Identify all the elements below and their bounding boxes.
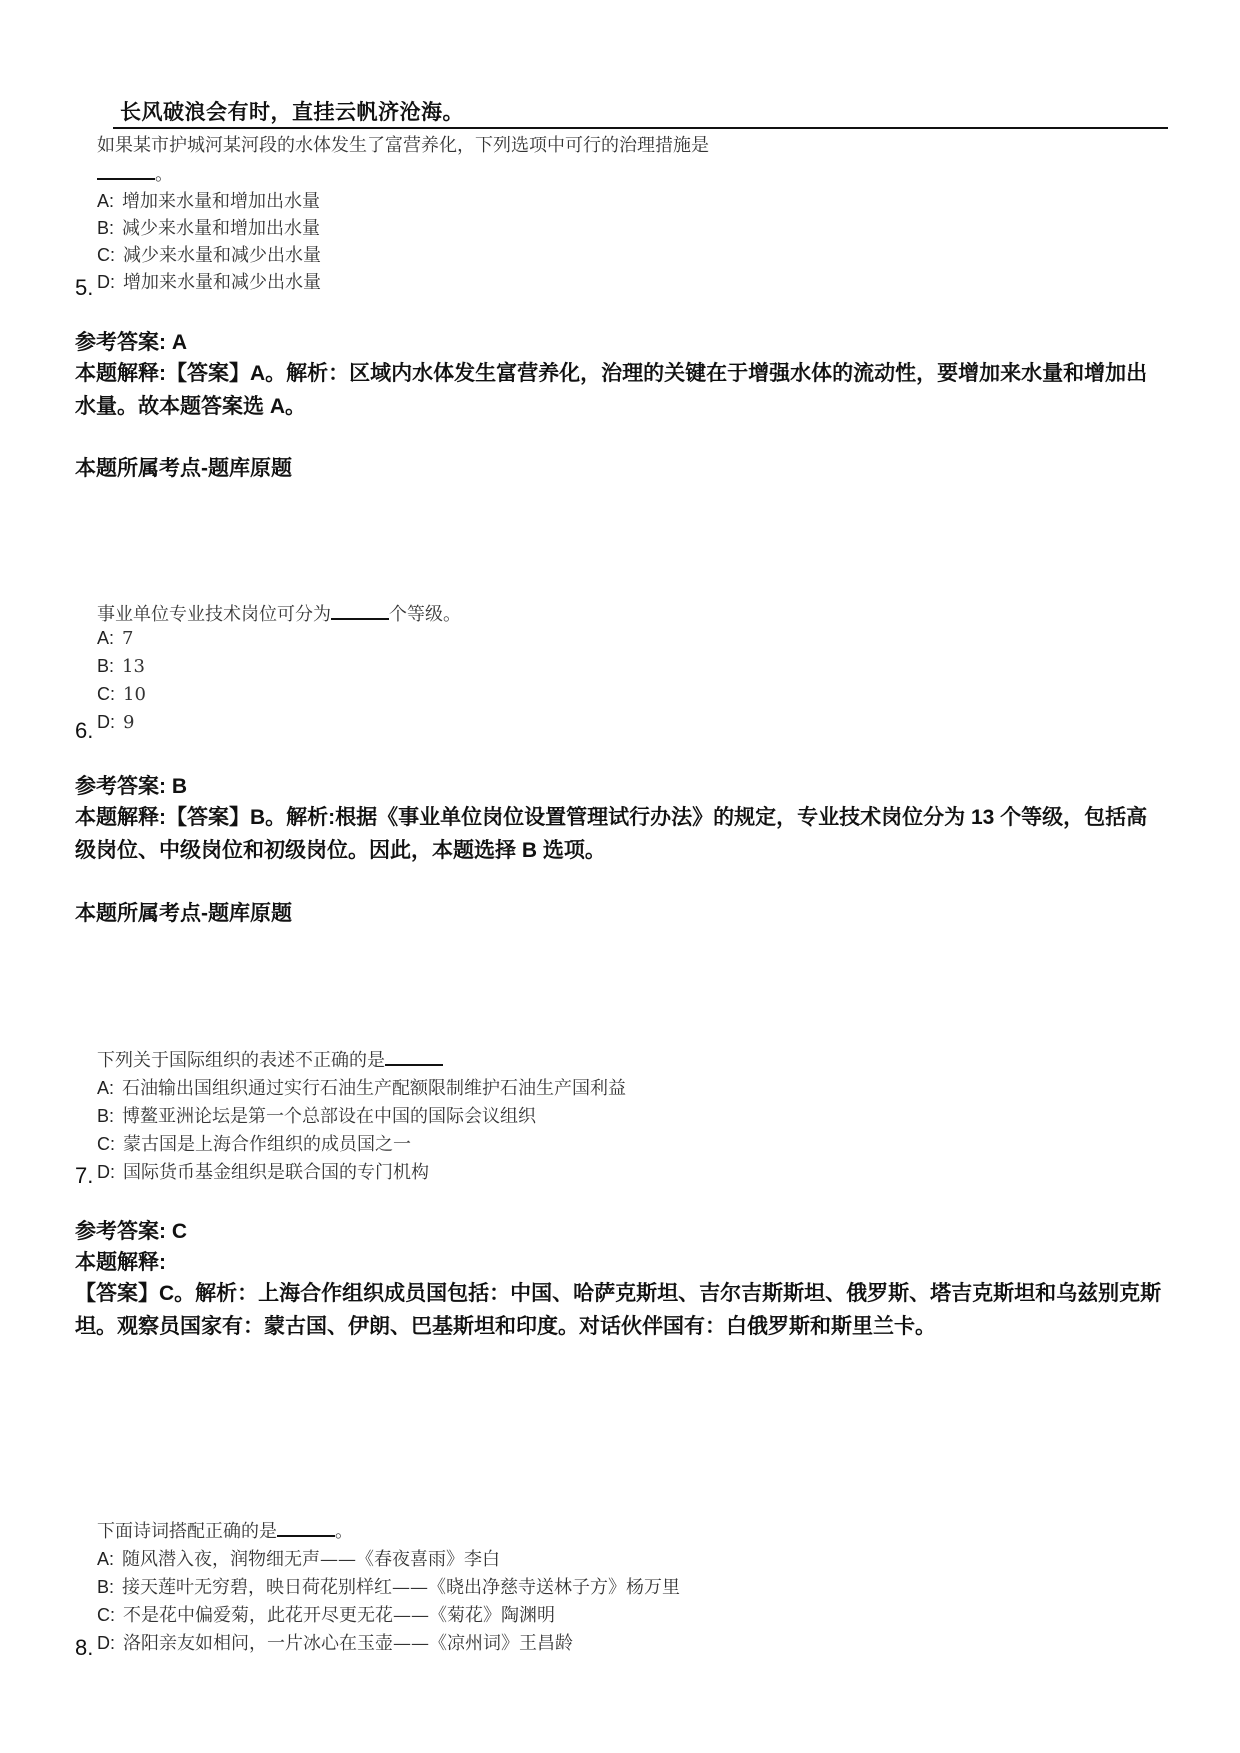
option-key: A: (97, 628, 114, 648)
answer-value: B (172, 775, 187, 798)
option-text: 石油输出国组织通过实行石油生产配额限制维护石油生产国利益 (122, 1078, 626, 1099)
option-text: 减少来水量和增加出水量 (122, 218, 320, 239)
question-number: 6. (75, 718, 93, 744)
option-d: D:增加来水量和减少出水量 (97, 268, 321, 294)
option-d: D:9 (97, 712, 134, 733)
knowledge-point-tag: 本题所属考点-题库原题 (75, 897, 292, 927)
answer-blank (331, 602, 389, 620)
option-a: A:石油输出国组织通过实行石油生产配额限制维护石油生产国利益 (97, 1074, 626, 1100)
explanation-label: 本题解释: (75, 1246, 166, 1276)
option-c: C:10 (97, 684, 146, 705)
question-number: 5. (75, 275, 93, 301)
option-a: A:增加来水量和增加出水量 (97, 187, 320, 213)
option-key: C: (97, 684, 115, 704)
option-key: B: (97, 1577, 114, 1597)
question-number: 8. (75, 1635, 93, 1661)
question-stem-tail: 。 (155, 164, 173, 185)
option-key: C: (97, 1605, 115, 1625)
option-text: 增加来水量和增加出水量 (122, 191, 320, 212)
option-key: D: (97, 712, 115, 732)
reference-answer: 参考答案: A (75, 326, 187, 356)
option-b: B:13 (97, 656, 145, 677)
option-b: B:博鳌亚洲论坛是第一个总部设在中国的国际会议组织 (97, 1102, 536, 1128)
option-text: 接天莲叶无穷碧，映日荷花别样红——《晓出净慈寺送林子方》杨万里 (122, 1577, 680, 1598)
option-c: C:不是花中偏爱菊，此花开尽更无花——《菊花》陶渊明 (97, 1601, 555, 1627)
option-text: 增加来水量和减少出水量 (123, 272, 321, 293)
header-motto: 长风破浪会有时，直挂云帆济沧海。 (120, 96, 464, 126)
option-key: C: (97, 1134, 115, 1154)
question-stem-text: 如果某市护城河某河段的水体发生了富营养化，下列选项中可行的治理措施是 (97, 135, 709, 156)
answer-value: A (172, 331, 187, 354)
option-key: B: (97, 656, 114, 676)
explanation: 本题解释:【答案】B。解析:根据《事业单位岗位设置管理试行办法》的规定，专业技术… (75, 801, 1165, 867)
option-key: B: (97, 1106, 114, 1126)
option-text: 随风潜入夜，润物细无声——《春夜喜雨》李白 (122, 1549, 500, 1570)
knowledge-point-tag: 本题所属考点-题库原题 (75, 452, 292, 482)
question-stem-text: 下面诗词搭配正确的是 (97, 1521, 277, 1542)
option-b: B:减少来水量和增加出水量 (97, 214, 320, 240)
answer-blank (277, 1519, 335, 1537)
option-text: 国际货币基金组织是联合国的专门机构 (123, 1162, 429, 1183)
explanation-text: 【答案】B。解析:根据《事业单位岗位设置管理试行办法》的规定，专业技术岗位分为 … (75, 806, 1147, 862)
option-key: D: (97, 272, 115, 292)
reference-answer: 参考答案: C (75, 1215, 187, 1245)
explanation-text: 【答案】A。解析：区域内水体发生富营养化，治理的关键在于增强水体的流动性，要增加… (75, 362, 1147, 418)
option-text: 7 (122, 628, 133, 649)
option-text: 博鳌亚洲论坛是第一个总部设在中国的国际会议组织 (122, 1106, 536, 1127)
question-number: 7. (75, 1163, 93, 1189)
question-stem-text: 下列关于国际组织的表述不正确的是 (97, 1050, 385, 1071)
option-key: A: (97, 191, 114, 211)
option-b: B:接天莲叶无穷碧，映日荷花别样红——《晓出净慈寺送林子方》杨万里 (97, 1573, 680, 1599)
option-key: A: (97, 1549, 114, 1569)
question-stem-tail: 个等级。 (389, 604, 461, 625)
explanation: 本题解释:【答案】A。解析：区域内水体发生富营养化，治理的关键在于增强水体的流动… (75, 357, 1165, 423)
explanation-label: 本题解释: (75, 362, 166, 385)
option-d: D:国际货币基金组织是联合国的专门机构 (97, 1158, 429, 1184)
answer-label: 参考答案: (75, 775, 166, 798)
option-key: A: (97, 1078, 114, 1098)
option-text: 蒙古国是上海合作组织的成员国之一 (123, 1134, 411, 1155)
option-key: C: (97, 245, 115, 265)
question-stem: 如果某市护城河某河段的水体发生了富营养化，下列选项中可行的治理措施是 (97, 131, 709, 157)
question-stem: 下列关于国际组织的表述不正确的是 (97, 1046, 443, 1072)
option-text: 不是花中偏爱菊，此花开尽更无花——《菊花》陶渊明 (123, 1605, 555, 1626)
reference-answer: 参考答案: B (75, 770, 187, 800)
option-key: B: (97, 218, 114, 238)
question-stem: 下面诗词搭配正确的是。 (97, 1517, 353, 1543)
option-text: 13 (122, 656, 145, 677)
header-divider (113, 127, 1168, 129)
option-key: D: (97, 1633, 115, 1653)
option-d: D:洛阳亲友如相问，一片冰心在玉壶——《凉州词》王昌龄 (97, 1629, 573, 1655)
question-stem-continuation: 。 (97, 160, 173, 186)
explanation-text: 【答案】C。解析：上海合作组织成员国包括：中国、哈萨克斯坦、吉尔吉斯斯坦、俄罗斯… (75, 1277, 1165, 1343)
answer-label: 参考答案: (75, 1220, 166, 1243)
option-a: A:7 (97, 628, 133, 649)
option-c: C:减少来水量和减少出水量 (97, 241, 321, 267)
option-text: 洛阳亲友如相问，一片冰心在玉壶——《凉州词》王昌龄 (123, 1633, 573, 1654)
question-stem: 事业单位专业技术岗位可分为个等级。 (97, 600, 461, 626)
document-page: 长风破浪会有时，直挂云帆济沧海。 如果某市护城河某河段的水体发生了富营养化，下列… (0, 0, 1240, 1753)
option-key: D: (97, 1162, 115, 1182)
answer-blank (97, 162, 155, 180)
explanation-label: 本题解释: (75, 806, 166, 829)
option-c: C:蒙古国是上海合作组织的成员国之一 (97, 1130, 411, 1156)
option-a: A:随风潜入夜，润物细无声——《春夜喜雨》李白 (97, 1545, 500, 1571)
option-text: 9 (123, 712, 134, 733)
option-text: 减少来水量和减少出水量 (123, 245, 321, 266)
question-stem-tail: 。 (335, 1521, 353, 1542)
option-text: 10 (123, 684, 146, 705)
question-stem-text: 事业单位专业技术岗位可分为 (97, 604, 331, 625)
answer-value: C (172, 1220, 187, 1243)
answer-label: 参考答案: (75, 331, 166, 354)
answer-blank (385, 1048, 443, 1066)
